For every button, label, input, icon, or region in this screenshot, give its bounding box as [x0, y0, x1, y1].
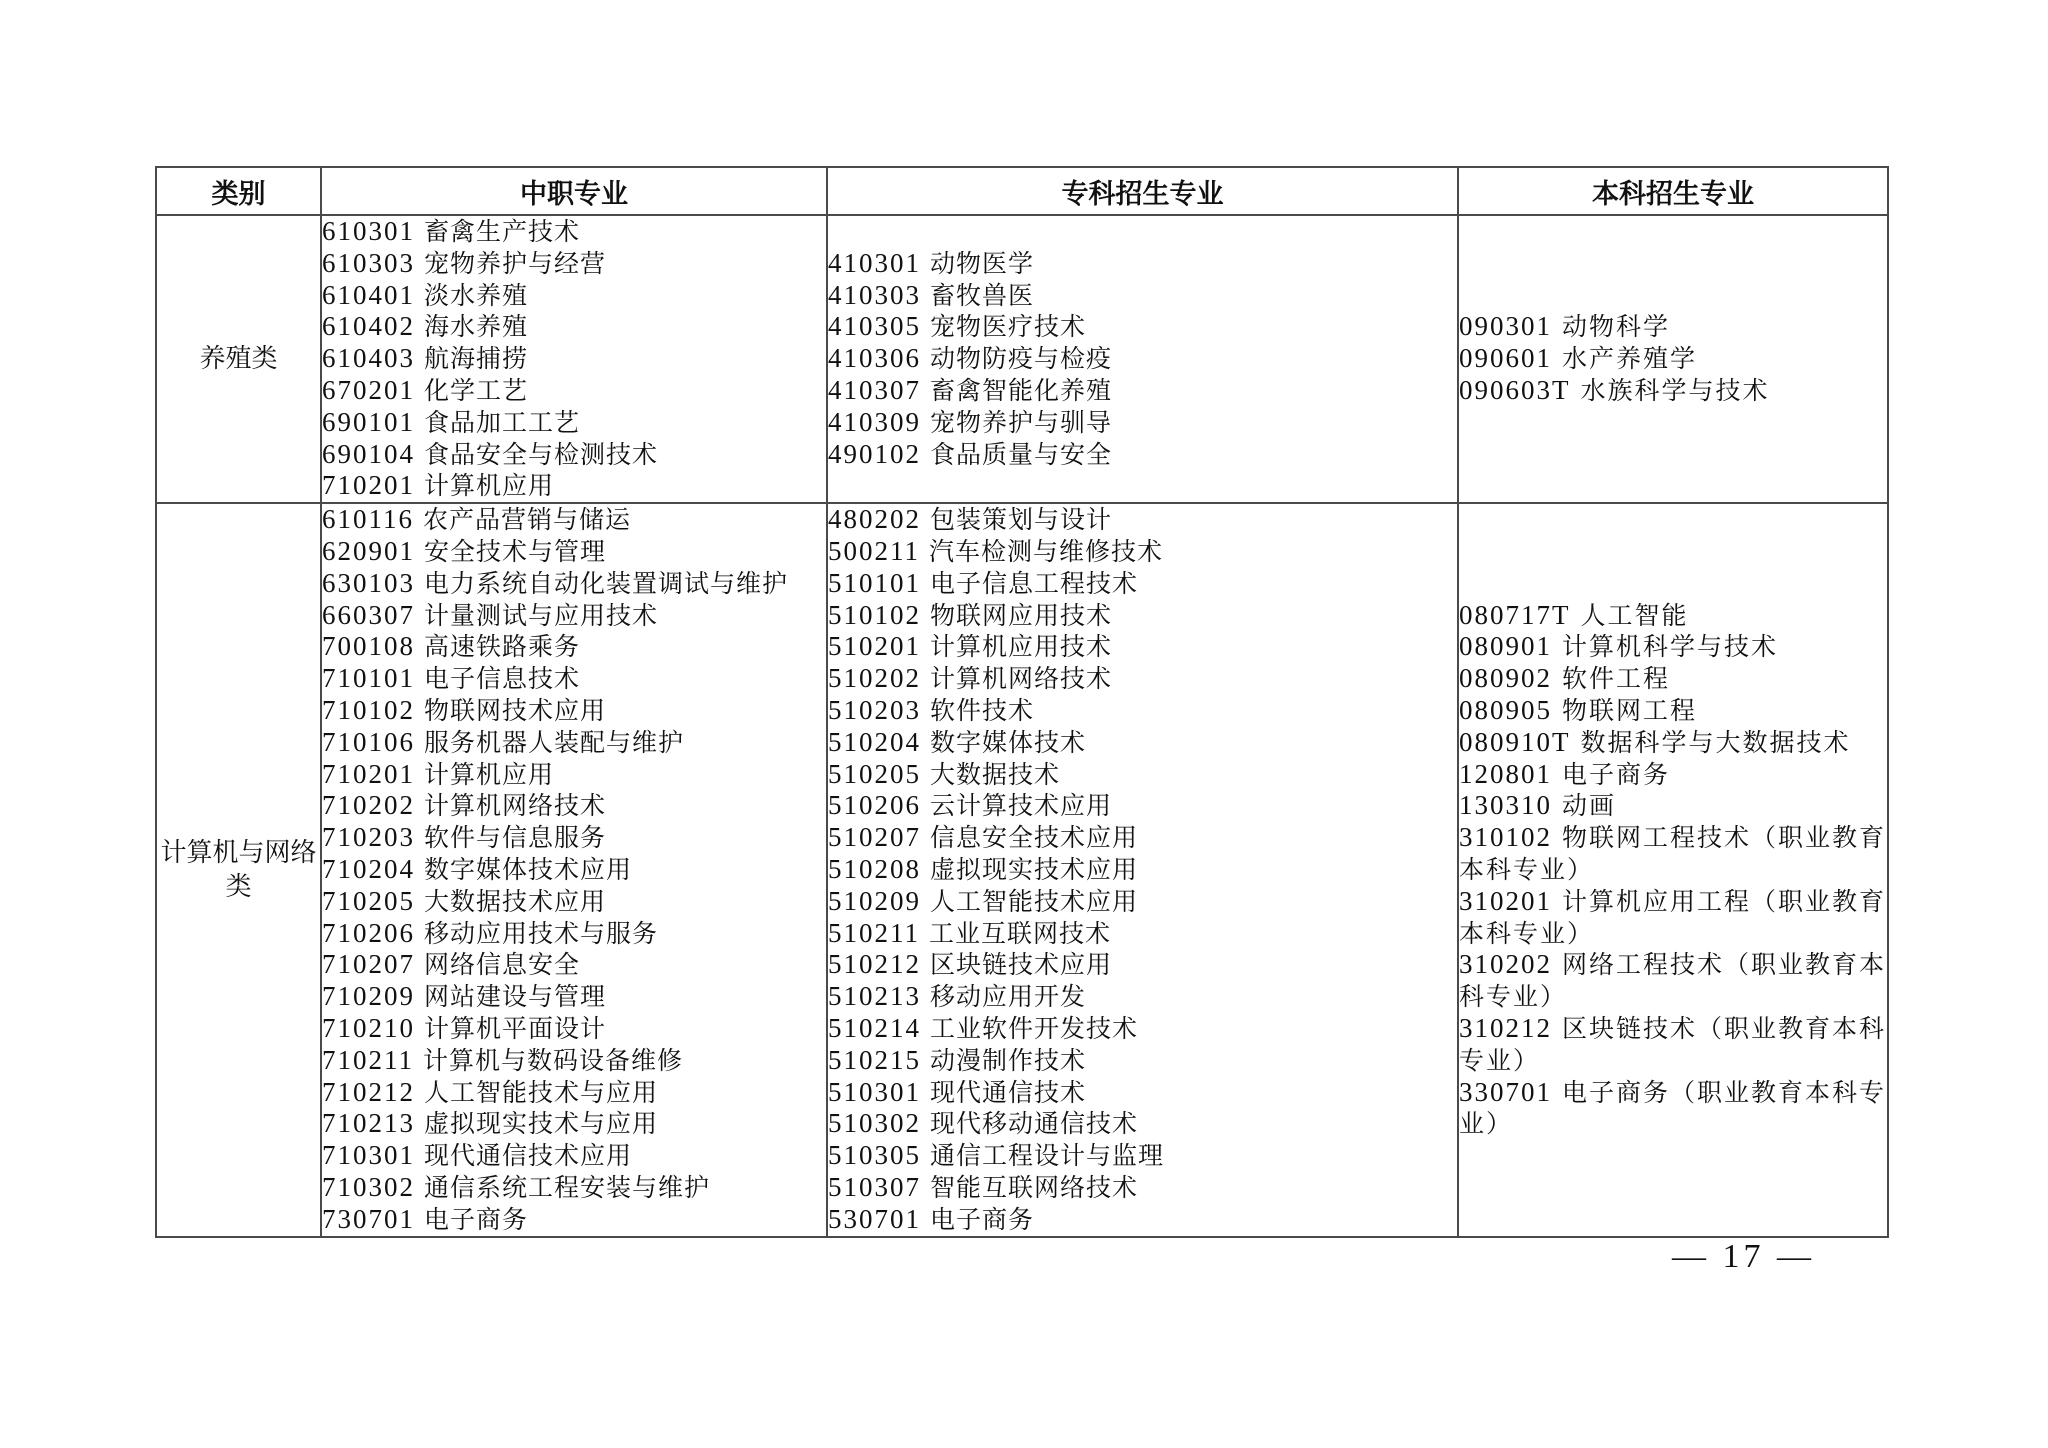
major-code: 710101 — [322, 663, 415, 693]
list-item: 410301 动物医学 — [828, 248, 1457, 280]
major-code: 510205 — [828, 759, 921, 789]
undergraduate-list-cell: 080717T 人工智能080901 计算机科学与技术080902 软件工程08… — [1458, 503, 1888, 1236]
major-name: 动漫制作技术 — [930, 1046, 1086, 1075]
list-item: 710201 计算机应用 — [322, 470, 826, 502]
major-name: 包装策划与设计 — [930, 505, 1112, 534]
list-item: 690101 食品加工工艺 — [322, 407, 826, 439]
major-name: 航海捕捞 — [424, 344, 528, 373]
major-name: 计算机科学与技术 — [1562, 632, 1778, 661]
major-name: 动画 — [1562, 791, 1616, 820]
major-code: 710201 — [322, 470, 415, 500]
major-name: 电力系统自动化装置调试与维护 — [424, 569, 788, 598]
major-name: 人工智能 — [1580, 601, 1688, 630]
list-item: 090601 水产养殖学 — [1459, 343, 1887, 375]
table-row: 计算机与网络类610116 农产品营销与储运620901 安全技术与管理6301… — [156, 503, 1888, 1236]
list-item: 510203 软件技术 — [828, 695, 1457, 727]
list-item: 710203 软件与信息服务 — [322, 822, 826, 854]
junior-college-list: 480202 包装策划与设计500211 汽车检测与维修技术510101 电子信… — [828, 504, 1457, 1235]
undergraduate-list-cell: 090301 动物科学090601 水产养殖学090603T 水族科学与技术 — [1458, 215, 1888, 503]
major-name: 化学工艺 — [424, 376, 528, 405]
major-name: 安全技术与管理 — [424, 537, 606, 566]
major-code: 710207 — [322, 949, 415, 979]
major-name: 大数据技术 — [930, 760, 1060, 789]
major-name: 海水养殖 — [424, 312, 528, 341]
major-code: 410305 — [828, 311, 921, 341]
major-code: 500211 — [828, 536, 920, 566]
major-code: 410303 — [828, 280, 921, 310]
major-code: 080902 — [1459, 663, 1552, 693]
major-name: 软件技术 — [930, 696, 1034, 725]
major-name: 电子信息技术 — [424, 664, 580, 693]
major-code: 730701 — [322, 1204, 415, 1234]
major-name: 计算机平面设计 — [424, 1014, 606, 1043]
list-item: 610401 淡水养殖 — [322, 280, 826, 312]
category-cell: 计算机与网络类 — [156, 503, 321, 1236]
major-code: 410309 — [828, 407, 921, 437]
list-item: 710206 移动应用技术与服务 — [322, 918, 826, 950]
major-name: 物联网工程 — [1562, 696, 1697, 725]
major-code: 090301 — [1459, 311, 1552, 341]
major-code: 710204 — [322, 854, 415, 884]
list-item: 610402 海水养殖 — [322, 311, 826, 343]
list-item: 710210 计算机平面设计 — [322, 1013, 826, 1045]
table-header-row: 类别 中职专业 专科招生专业 本科招生专业 — [156, 167, 1888, 215]
list-item: 730701 电子商务 — [322, 1204, 826, 1236]
major-name: 大数据技术应用 — [424, 887, 606, 916]
document-page: 类别 中职专业 专科招生专业 本科招生专业 养殖类610301 畜禽生产技术61… — [0, 0, 2048, 1448]
major-name: 淡水养殖 — [424, 281, 528, 310]
major-name: 智能互联网络技术 — [930, 1173, 1138, 1202]
list-item: 660307 计量测试与应用技术 — [322, 600, 826, 632]
list-item: 130310 动画 — [1459, 790, 1887, 822]
major-code: 610116 — [322, 504, 414, 534]
list-item: 510302 现代移动通信技术 — [828, 1108, 1457, 1140]
junior-college-list-cell: 410301 动物医学410303 畜牧兽医410305 宠物医疗技术41030… — [827, 215, 1458, 503]
major-name: 数字媒体技术应用 — [424, 855, 632, 884]
major-code: 710202 — [322, 790, 415, 820]
major-code: 610301 — [322, 216, 415, 246]
major-code: 510102 — [828, 600, 921, 630]
major-name: 人工智能技术应用 — [930, 887, 1138, 916]
major-name: 计算机应用技术 — [930, 632, 1112, 661]
secondary-vocational-list-cell: 610116 农产品营销与储运620901 安全技术与管理630103 电力系统… — [321, 503, 827, 1236]
undergraduate-list: 080717T 人工智能080901 计算机科学与技术080902 软件工程08… — [1459, 600, 1887, 1141]
list-item: 410306 动物防疫与检疫 — [828, 343, 1457, 375]
list-item: 530701 电子商务 — [828, 1204, 1457, 1236]
major-code: 510214 — [828, 1013, 921, 1043]
list-item: 710202 计算机网络技术 — [322, 790, 826, 822]
major-name: 电子商务 — [424, 1205, 528, 1234]
major-code: 710206 — [322, 918, 415, 948]
major-code: 710211 — [322, 1045, 414, 1075]
major-name: 畜禽生产技术 — [424, 217, 580, 246]
list-item: 480202 包装策划与设计 — [828, 504, 1457, 536]
list-item: 710106 服务机器人装配与维护 — [322, 727, 826, 759]
major-code: 710209 — [322, 981, 415, 1011]
major-code: 710212 — [322, 1077, 415, 1107]
major-name: 电子商务 — [1562, 760, 1670, 789]
major-name: 汽车检测与维修技术 — [929, 537, 1163, 566]
major-code: 330701 — [1459, 1077, 1552, 1107]
major-code: 620901 — [322, 536, 415, 566]
major-name: 计算机网络技术 — [424, 791, 606, 820]
list-item: 080905 物联网工程 — [1459, 695, 1887, 727]
major-code: 610401 — [322, 280, 415, 310]
major-name: 电子信息工程技术 — [930, 569, 1138, 598]
major-name: 通信系统工程安装与维护 — [424, 1173, 710, 1202]
list-item: 510201 计算机应用技术 — [828, 631, 1457, 663]
major-name: 信息安全技术应用 — [930, 823, 1138, 852]
list-item: 510204 数字媒体技术 — [828, 727, 1457, 759]
major-code: 310212 — [1459, 1013, 1552, 1043]
junior-college-list: 410301 动物医学410303 畜牧兽医410305 宠物医疗技术41030… — [828, 248, 1457, 471]
major-code: 710106 — [322, 727, 415, 757]
secondary-vocational-list-cell: 610301 畜禽生产技术610303 宠物养护与经营610401 淡水养殖61… — [321, 215, 827, 503]
major-name: 物联网技术应用 — [424, 696, 606, 725]
major-code: 530701 — [828, 1204, 921, 1234]
list-item: 330701 电子商务（职业教育本科专业） — [1459, 1077, 1887, 1141]
major-code: 510201 — [828, 631, 921, 661]
list-item: 310212 区块链技术（职业教育本科专业） — [1459, 1013, 1887, 1077]
table-row: 养殖类610301 畜禽生产技术610303 宠物养护与经营610401 淡水养… — [156, 215, 1888, 503]
major-code: 510302 — [828, 1108, 921, 1138]
list-item: 080717T 人工智能 — [1459, 600, 1887, 632]
list-item: 510202 计算机网络技术 — [828, 663, 1457, 695]
list-item: 510215 动漫制作技术 — [828, 1045, 1457, 1077]
major-name: 计算机与数码设备维修 — [423, 1046, 683, 1075]
major-code: 090603T — [1459, 375, 1571, 405]
major-name: 云计算技术应用 — [930, 791, 1112, 820]
list-item: 310202 网络工程技术（职业教育本科专业） — [1459, 949, 1887, 1013]
major-name: 服务机器人装配与维护 — [424, 728, 684, 757]
list-item: 500211 汽车检测与维修技术 — [828, 536, 1457, 568]
list-item: 310102 物联网工程技术（职业教育本科专业） — [1459, 822, 1887, 886]
major-code: 690104 — [322, 439, 415, 469]
list-item: 410305 宠物医疗技术 — [828, 311, 1457, 343]
major-code: 510301 — [828, 1077, 921, 1107]
major-code: 510212 — [828, 949, 921, 979]
major-code: 080905 — [1459, 695, 1552, 725]
major-name: 虚拟现实技术应用 — [930, 855, 1138, 884]
major-code: 310202 — [1459, 949, 1552, 979]
list-item: 710101 电子信息技术 — [322, 663, 826, 695]
major-name: 畜牧兽医 — [930, 281, 1034, 310]
major-code: 490102 — [828, 439, 921, 469]
major-name: 人工智能技术与应用 — [424, 1078, 658, 1107]
list-item: 510211 工业互联网技术 — [828, 918, 1457, 950]
list-item: 610301 畜禽生产技术 — [322, 216, 826, 248]
major-code: 710301 — [322, 1140, 415, 1170]
major-code: 510204 — [828, 727, 921, 757]
majors-table: 类别 中职专业 专科招生专业 本科招生专业 养殖类610301 畜禽生产技术61… — [155, 166, 1889, 1238]
major-code: 510101 — [828, 568, 921, 598]
major-code: 610402 — [322, 311, 415, 341]
major-code: 670201 — [322, 375, 415, 405]
major-name: 区块链技术应用 — [930, 950, 1112, 979]
major-name: 数字媒体技术 — [930, 728, 1086, 757]
major-name: 水产养殖学 — [1562, 344, 1697, 373]
major-name: 计算机网络技术 — [930, 664, 1112, 693]
major-code: 510213 — [828, 981, 921, 1011]
header-secondary-vocational: 中职专业 — [321, 167, 827, 215]
major-name: 物联网应用技术 — [930, 601, 1112, 630]
major-name: 宠物医疗技术 — [930, 312, 1086, 341]
major-name: 农产品营销与储运 — [423, 505, 631, 534]
major-name: 计量测试与应用技术 — [424, 601, 658, 630]
list-item: 510206 云计算技术应用 — [828, 790, 1457, 822]
major-code: 410301 — [828, 248, 921, 278]
major-code: 310102 — [1459, 822, 1552, 852]
list-item: 510301 现代通信技术 — [828, 1077, 1457, 1109]
major-code: 080901 — [1459, 631, 1552, 661]
list-item: 080910T 数据科学与大数据技术 — [1459, 727, 1887, 759]
major-name: 网站建设与管理 — [424, 982, 606, 1011]
list-item: 710302 通信系统工程安装与维护 — [322, 1172, 826, 1204]
major-name: 动物科学 — [1562, 312, 1670, 341]
major-code: 510211 — [828, 918, 920, 948]
list-item: 610303 宠物养护与经营 — [322, 248, 826, 280]
major-code: 710302 — [322, 1172, 415, 1202]
major-code: 510215 — [828, 1045, 921, 1075]
major-code: 310201 — [1459, 886, 1552, 916]
list-item: 510307 智能互联网络技术 — [828, 1172, 1457, 1204]
major-name: 高速铁路乘务 — [424, 632, 580, 661]
major-name: 移动应用技术与服务 — [424, 919, 658, 948]
major-code: 700108 — [322, 631, 415, 661]
major-code: 660307 — [322, 600, 415, 630]
page-number: — 17 — — [1672, 1238, 1815, 1276]
category-cell: 养殖类 — [156, 215, 321, 503]
secondary-vocational-list: 610116 农产品营销与储运620901 安全技术与管理630103 电力系统… — [322, 504, 826, 1235]
major-name: 数据科学与大数据技术 — [1580, 728, 1850, 757]
list-item: 690104 食品安全与检测技术 — [322, 439, 826, 471]
header-undergraduate: 本科招生专业 — [1458, 167, 1888, 215]
major-code: 610403 — [322, 343, 415, 373]
major-code: 510203 — [828, 695, 921, 725]
major-code: 510206 — [828, 790, 921, 820]
list-item: 620901 安全技术与管理 — [322, 536, 826, 568]
major-name: 食品加工工艺 — [424, 408, 580, 437]
major-name: 虚拟现实技术与应用 — [424, 1109, 658, 1138]
list-item: 410303 畜牧兽医 — [828, 280, 1457, 312]
major-code: 710205 — [322, 886, 415, 916]
header-category: 类别 — [156, 167, 321, 215]
undergraduate-list: 090301 动物科学090601 水产养殖学090603T 水族科学与技术 — [1459, 311, 1887, 406]
major-code: 510209 — [828, 886, 921, 916]
major-name: 畜禽智能化养殖 — [930, 376, 1112, 405]
major-code: 080717T — [1459, 600, 1571, 630]
major-code: 090601 — [1459, 343, 1552, 373]
list-item: 710213 虚拟现实技术与应用 — [322, 1108, 826, 1140]
list-item: 710207 网络信息安全 — [322, 949, 826, 981]
major-code: 120801 — [1459, 759, 1552, 789]
list-item: 490102 食品质量与安全 — [828, 439, 1457, 471]
header-junior-college: 专科招生专业 — [827, 167, 1458, 215]
major-name: 食品安全与检测技术 — [424, 440, 658, 469]
major-code: 510202 — [828, 663, 921, 693]
major-name: 计算机应用 — [424, 471, 554, 500]
list-item: 710209 网站建设与管理 — [322, 981, 826, 1013]
major-name: 宠物养护与经营 — [424, 249, 606, 278]
major-name: 宠物养护与驯导 — [930, 408, 1112, 437]
major-name: 电子商务 — [930, 1205, 1034, 1234]
list-item: 710211 计算机与数码设备维修 — [322, 1045, 826, 1077]
list-item: 670201 化学工艺 — [322, 375, 826, 407]
list-item: 510207 信息安全技术应用 — [828, 822, 1457, 854]
major-name: 动物防疫与检疫 — [930, 344, 1112, 373]
major-code: 510307 — [828, 1172, 921, 1202]
major-name: 通信工程设计与监理 — [930, 1141, 1164, 1170]
list-item: 610403 航海捕捞 — [322, 343, 826, 375]
major-code: 710203 — [322, 822, 415, 852]
list-item: 700108 高速铁路乘务 — [322, 631, 826, 663]
major-name: 现代移动通信技术 — [930, 1109, 1138, 1138]
list-item: 120801 电子商务 — [1459, 759, 1887, 791]
major-name: 网络信息安全 — [424, 950, 580, 979]
major-code: 710201 — [322, 759, 415, 789]
major-code: 710213 — [322, 1108, 415, 1138]
list-item: 510101 电子信息工程技术 — [828, 568, 1457, 600]
secondary-vocational-list: 610301 畜禽生产技术610303 宠物养护与经营610401 淡水养殖61… — [322, 216, 826, 502]
major-name: 动物医学 — [930, 249, 1034, 278]
major-name: 食品质量与安全 — [930, 440, 1112, 469]
major-name: 计算机应用 — [424, 760, 554, 789]
list-item: 510214 工业软件开发技术 — [828, 1013, 1457, 1045]
major-code: 410307 — [828, 375, 921, 405]
major-code: 690101 — [322, 407, 415, 437]
major-code: 510207 — [828, 822, 921, 852]
major-code: 610303 — [322, 248, 415, 278]
list-item: 710212 人工智能技术与应用 — [322, 1077, 826, 1109]
list-item: 410309 宠物养护与驯导 — [828, 407, 1457, 439]
list-item: 510102 物联网应用技术 — [828, 600, 1457, 632]
list-item: 610116 农产品营销与储运 — [322, 504, 826, 536]
list-item: 630103 电力系统自动化装置调试与维护 — [322, 568, 826, 600]
list-item: 710205 大数据技术应用 — [322, 886, 826, 918]
list-item: 090603T 水族科学与技术 — [1459, 375, 1887, 407]
major-code: 510305 — [828, 1140, 921, 1170]
list-item: 710201 计算机应用 — [322, 759, 826, 791]
list-item: 510209 人工智能技术应用 — [828, 886, 1457, 918]
list-item: 410307 畜禽智能化养殖 — [828, 375, 1457, 407]
major-name: 现代通信技术 — [930, 1078, 1086, 1107]
list-item: 510212 区块链技术应用 — [828, 949, 1457, 981]
major-code: 510208 — [828, 854, 921, 884]
major-name: 移动应用开发 — [930, 982, 1086, 1011]
major-code: 480202 — [828, 504, 921, 534]
major-code: 080910T — [1459, 727, 1571, 757]
major-name: 软件与信息服务 — [424, 823, 606, 852]
major-name: 工业软件开发技术 — [930, 1014, 1138, 1043]
major-code: 710102 — [322, 695, 415, 725]
list-item: 710204 数字媒体技术应用 — [322, 854, 826, 886]
major-code: 130310 — [1459, 790, 1552, 820]
list-item: 710301 现代通信技术应用 — [322, 1140, 826, 1172]
major-code: 410306 — [828, 343, 921, 373]
major-name: 现代通信技术应用 — [424, 1141, 632, 1170]
major-code: 710210 — [322, 1013, 415, 1043]
list-item: 710102 物联网技术应用 — [322, 695, 826, 727]
list-item: 080902 软件工程 — [1459, 663, 1887, 695]
list-item: 090301 动物科学 — [1459, 311, 1887, 343]
major-code: 630103 — [322, 568, 415, 598]
list-item: 510305 通信工程设计与监理 — [828, 1140, 1457, 1172]
list-item: 080901 计算机科学与技术 — [1459, 631, 1887, 663]
list-item: 510213 移动应用开发 — [828, 981, 1457, 1013]
junior-college-list-cell: 480202 包装策划与设计500211 汽车检测与维修技术510101 电子信… — [827, 503, 1458, 1236]
major-name: 工业互联网技术 — [929, 919, 1111, 948]
list-item: 510205 大数据技术 — [828, 759, 1457, 791]
major-name: 软件工程 — [1562, 664, 1670, 693]
major-name: 水族科学与技术 — [1580, 376, 1769, 405]
list-item: 310201 计算机应用工程（职业教育本科专业） — [1459, 886, 1887, 950]
list-item: 510208 虚拟现实技术应用 — [828, 854, 1457, 886]
